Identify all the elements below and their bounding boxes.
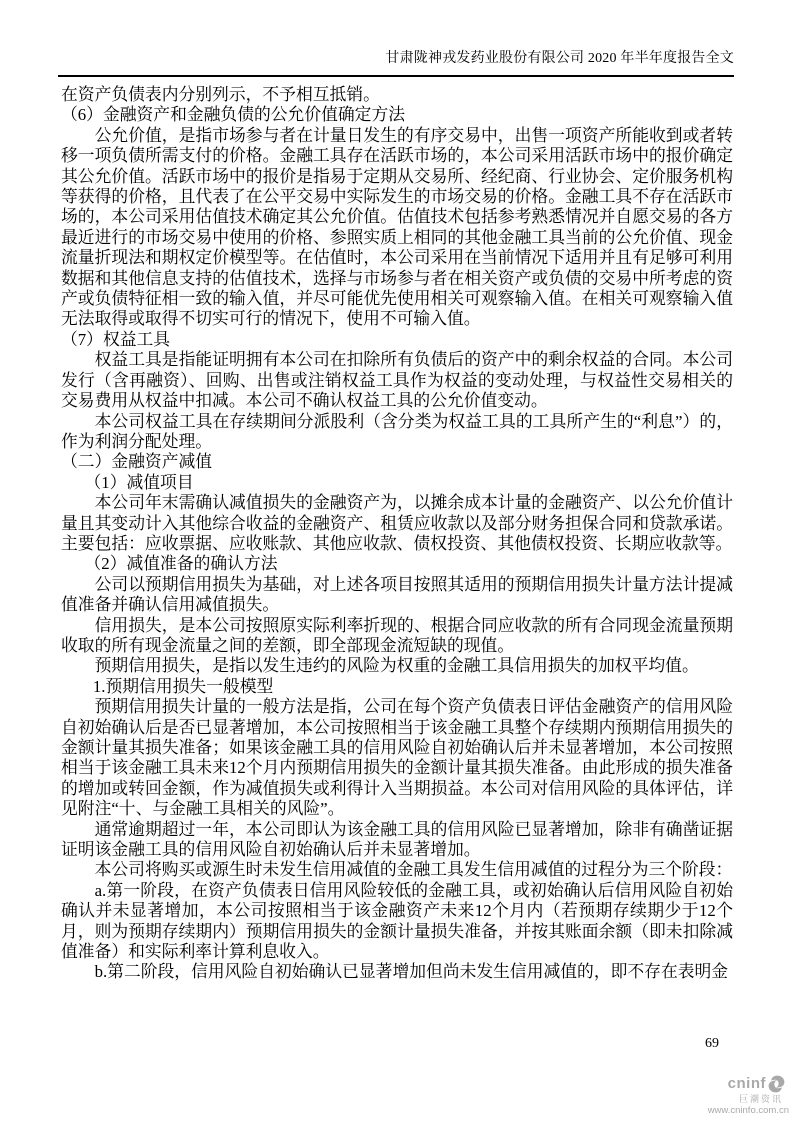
paragraph: 预期信用损失计量的一般方法是指，公司在每个资产负债表日评估金融资产的信用风险自初… xyxy=(61,697,733,819)
paragraph: （1）减值项目 xyxy=(61,473,733,493)
paragraph: a.第一阶段，在资产负债表日信用风险较低的金融工具，或初始确认后信用风险自初始确… xyxy=(61,881,733,963)
paragraph: 公允价值，是指市场参与者在计量日发生的有序交易中，出售一项资产所能收到或者转移一… xyxy=(61,126,733,330)
paragraph: （二）金融资产减值 xyxy=(61,452,733,472)
header-title: 甘肃陇神戎发药业股份有限公司 2020 年半年度报告全文 xyxy=(385,51,734,66)
page-header: 甘肃陇神戎发药业股份有限公司 2020 年半年度报告全文 xyxy=(58,50,734,77)
paragraph: （7）权益工具 xyxy=(61,330,733,350)
paragraph: 公司以预期信用损失为基础，对上述各项目按照其适用的预期信用损失计量方法计提减值准… xyxy=(61,575,733,616)
report-page: 甘肃陇神戎发药业股份有限公司 2020 年半年度报告全文 在资产负债表内分别列示… xyxy=(0,0,793,1122)
cninfo-logo-row: cninf xyxy=(697,1075,789,1093)
paragraph: （2）减值准备的确认方法 xyxy=(61,554,733,574)
page-number: 69 xyxy=(705,1036,719,1052)
paragraph: 1.预期信用损失一般模型 xyxy=(61,677,733,697)
paragraph: （6）金融资产和金融负债的公允价值确定方法 xyxy=(61,105,733,125)
cninfo-logo: cninf 巨潮资讯 www.cninfo.com.cn xyxy=(697,1075,789,1116)
paragraph: 权益工具是指能证明拥有本公司在扣除所有负债后的资产中的剩余权益的合同。本公司发行… xyxy=(61,350,733,411)
paragraph: 信用损失，是本公司按照原实际利率折现的、根据合同应收款的所有合同现金流量预期收取… xyxy=(61,616,733,657)
paragraph: 在资产负债表内分别列示，不予相互抵销。 xyxy=(61,85,733,105)
cninfo-url: www.cninfo.com.cn xyxy=(697,1106,789,1116)
cninfo-brand-text: cninf xyxy=(728,1076,766,1091)
cninfo-chinese-name: 巨潮资讯 xyxy=(697,1095,789,1104)
paragraph: b.第二阶段，信用风险自初始确认已显著增加但尚未发生信用减值的，即不存在表明金 xyxy=(61,962,733,982)
paragraph: 预期信用损失，是指以发生违约的风险为权重的金融工具信用损失的加权平均值。 xyxy=(61,656,733,676)
paragraph: 本公司权益工具在存续期间分派股利（含分类为权益工具的工具所产生的“利息”）的，作… xyxy=(61,412,733,453)
paragraph: 本公司将购买或源生时未发生信用减值的金融工具发生信用减值的过程分为三个阶段： xyxy=(61,860,733,880)
paragraph: 本公司年末需确认减值损失的金融资产为，以摊余成本计量的金融资产、以公允价值计量且… xyxy=(61,493,733,554)
document-body: 在资产负债表内分别列示，不予相互抵销。（6）金融资产和金融负债的公允价值确定方法… xyxy=(61,85,733,983)
cninfo-swirl-icon xyxy=(767,1075,786,1093)
paragraph: 通常逾期超过一年，本公司即认为该金融工具的信用风险已显著增加，除非有确凿证据证明… xyxy=(61,820,733,861)
